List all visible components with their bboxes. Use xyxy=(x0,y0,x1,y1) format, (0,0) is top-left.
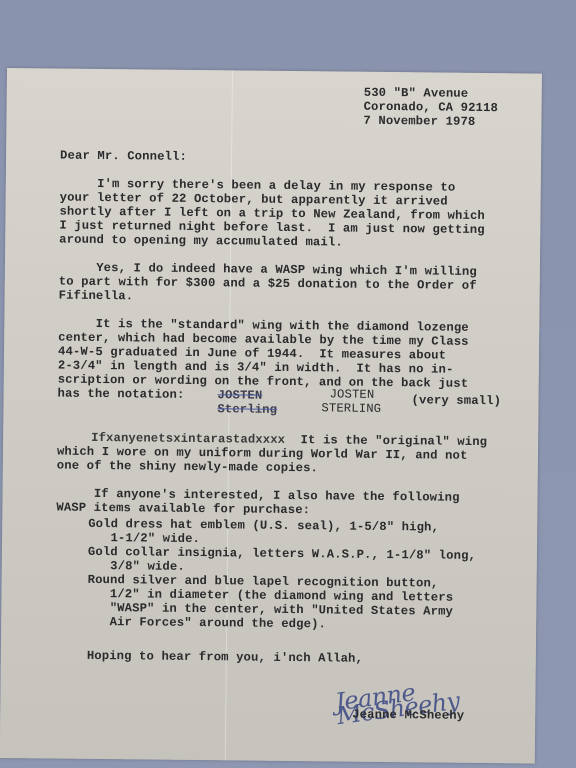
item-line: 3/8" wide. xyxy=(88,559,185,574)
item-line: Air Forces" around the edge). xyxy=(87,615,326,632)
letter-date: 7 November 1978 xyxy=(363,114,475,129)
paragraph1-line: around to opening my accumulated mail. xyxy=(59,233,343,250)
salutation: Dear Mr. Connell: xyxy=(60,149,187,165)
paragraph4-line: one of the shiny newly-made copies. xyxy=(57,459,318,476)
struck-notation-josten: JOSTEN xyxy=(218,388,263,403)
closing-line: Hoping to hear from you, i'nch Allah, xyxy=(87,649,363,666)
notation-sterling: STERLING xyxy=(321,401,381,416)
letter-body: 530 "B" Avenue Coronado, CA 92118 7 Nove… xyxy=(0,68,542,764)
item-line: 1-1/2" wide. xyxy=(88,531,200,546)
notation-size-note: (very small) xyxy=(411,393,501,408)
notation-josten: JOSTEN xyxy=(330,387,375,402)
paragraph5-line: WASP items available for purchase: xyxy=(56,501,310,518)
letter-page: 530 "B" Avenue Coronado, CA 92118 7 Nove… xyxy=(0,68,542,764)
paragraph2-line: Fifinella. xyxy=(59,289,134,304)
typed-signature-name: Jeanne McSheehy xyxy=(352,708,464,723)
address-line-1: 530 "B" Avenue xyxy=(364,86,469,101)
struck-notation-sterling: Sterling xyxy=(217,402,277,417)
notation-label: has the notation: xyxy=(58,387,185,403)
